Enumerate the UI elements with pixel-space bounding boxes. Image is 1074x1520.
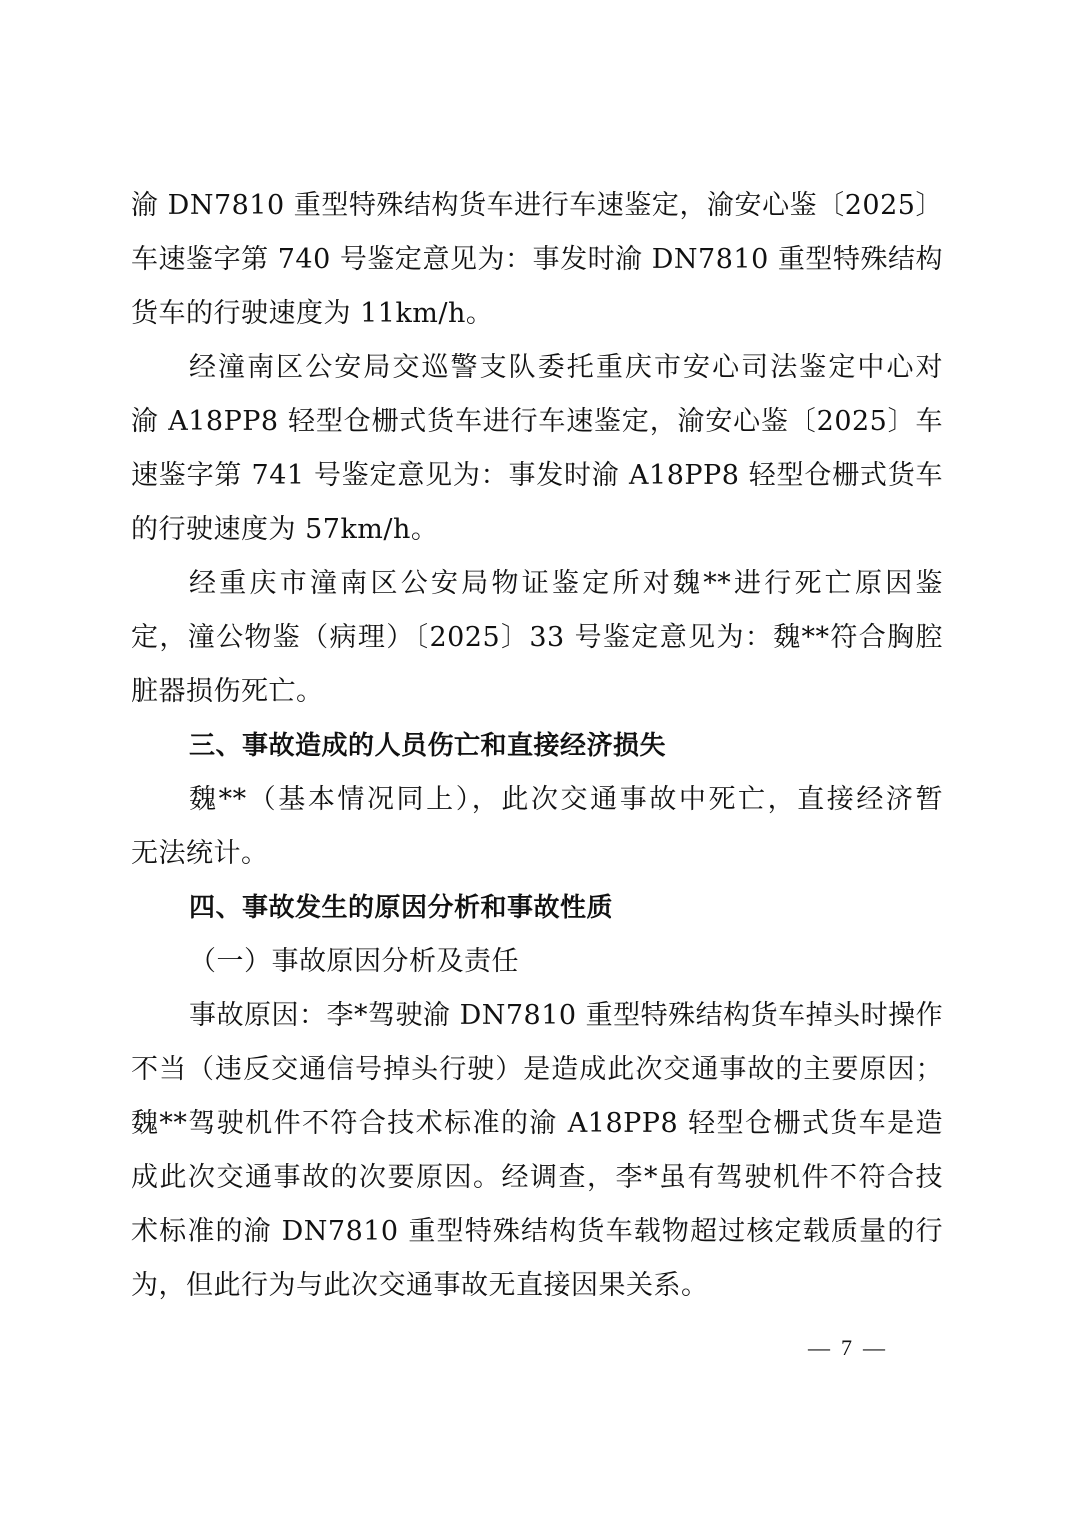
text-line: 货车的行驶速度为 11km/h。 (131, 294, 493, 334)
text-line: 魏**（基本情况同上），此次交通事故中死亡，直接经济暂 (189, 780, 943, 820)
text-line: 魏**驾驶机件不符合技术标准的渝 A18PP8 轻型仓栅式货车是造 (131, 1104, 943, 1144)
text-line: 无法统计。 (131, 834, 269, 874)
text-line: 车速鉴字第 740 号鉴定意见为：事发时渝 DN7810 重型特殊结构 (131, 240, 943, 280)
text-line: 事故原因：李*驾驶渝 DN7810 重型特殊结构货车掉头时操作 (189, 996, 943, 1036)
text-line: 经潼南区公安局交巡警支队委托重庆市安心司法鉴定中心对 (189, 348, 943, 388)
section-heading-3: 三、事故造成的人员伤亡和直接经济损失 (189, 726, 943, 766)
text-line: 术标准的渝 DN7810 重型特殊结构货车载物超过核定载质量的行 (131, 1212, 943, 1252)
text-line: 成此次交通事故的次要原因。经调查，李*虽有驾驶机件不符合技 (131, 1158, 943, 1198)
text-line: 定，潼公物鉴（病理）〔2025〕33 号鉴定意见为：魏**符合胸腔 (131, 618, 943, 658)
text-line: 不当（违反交通信号掉头行驶）是造成此次交通事故的主要原因； (131, 1050, 943, 1090)
text-line: 的行驶速度为 57km/h。 (131, 510, 438, 550)
text-line: 脏器损伤死亡。 (131, 672, 324, 712)
text-line: 渝 DN7810 重型特殊结构货车进行车速鉴定，渝安心鉴〔2025〕 (131, 186, 943, 226)
page-number: — 7 — (808, 1333, 885, 1363)
text-line: 速鉴字第 741 号鉴定意见为：事发时渝 A18PP8 轻型仓栅式货车 (131, 456, 943, 496)
subsection-heading: （一）事故原因分析及责任 (189, 942, 943, 982)
text-line: 渝 A18PP8 轻型仓栅式货车进行车速鉴定，渝安心鉴〔2025〕车 (131, 402, 943, 442)
section-heading-4: 四、事故发生的原因分析和事故性质 (189, 888, 943, 928)
text-line: 为，但此行为与此次交通事故无直接因果关系。 (131, 1266, 709, 1306)
text-line: 经重庆市潼南区公安局物证鉴定所对魏**进行死亡原因鉴 (189, 564, 943, 604)
